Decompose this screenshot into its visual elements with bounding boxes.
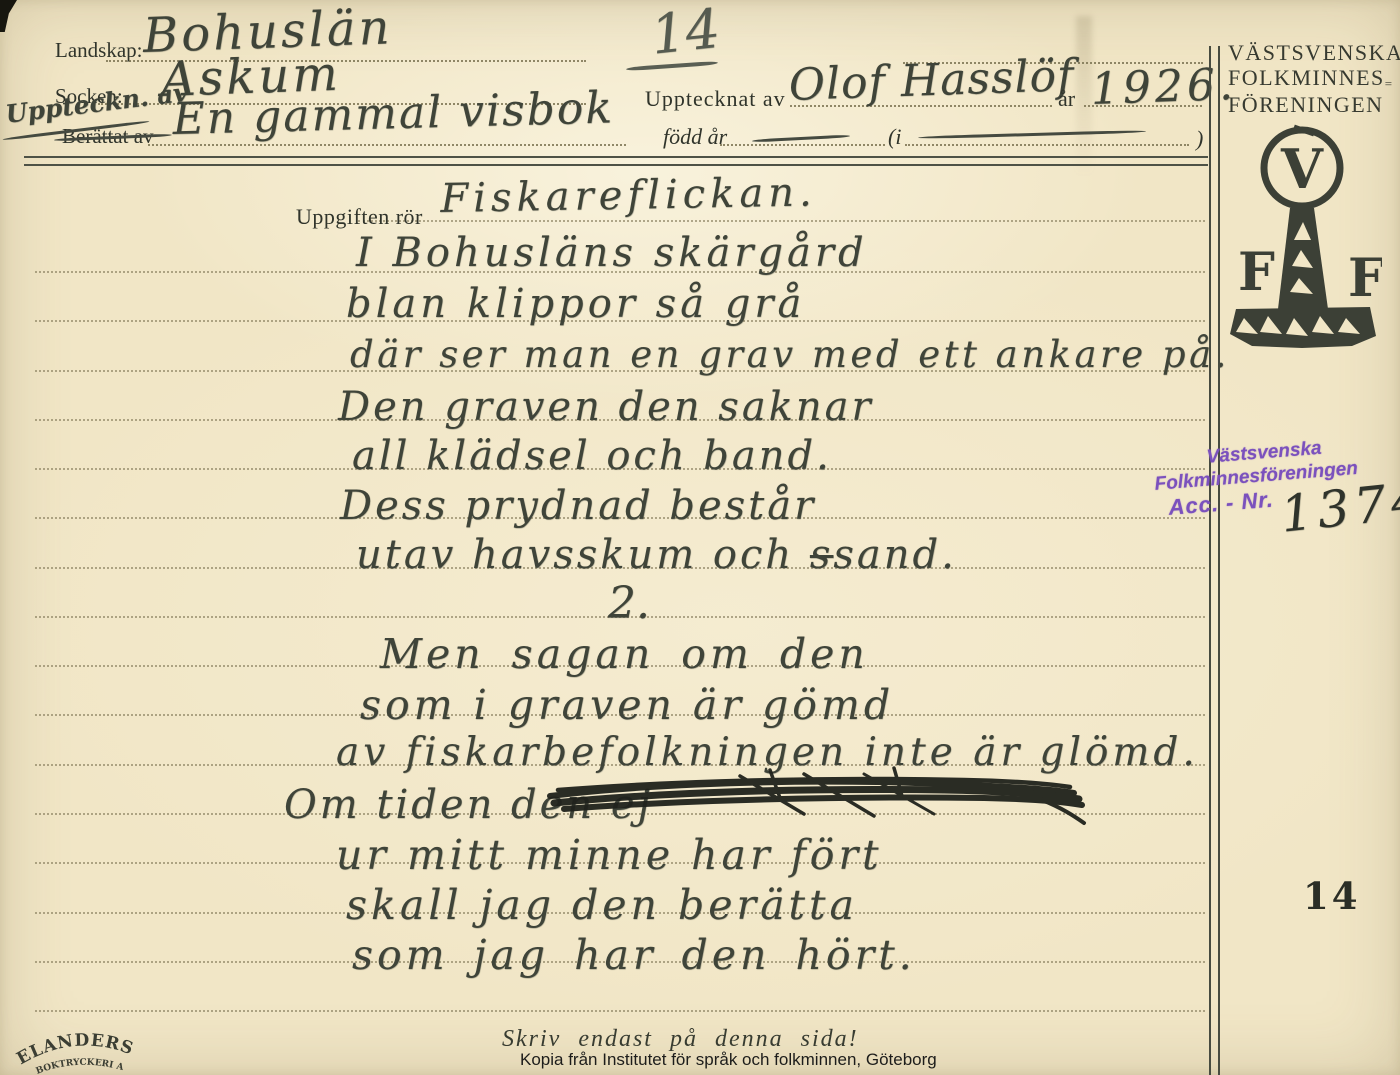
verse2-line1: Men sagan om den	[380, 630, 869, 678]
verse1-line4: Den graven den saknar	[338, 384, 874, 430]
paren-close-label: )	[1196, 126, 1203, 152]
verse1-line7: utav havsskum och ssand.	[356, 532, 957, 578]
margin-divider-double-rule	[1209, 46, 1220, 1075]
logo-letter-v: V	[1280, 137, 1324, 201]
paren-fill-line	[905, 144, 1189, 146]
verse2-line5: ur mitt minne har fört	[336, 831, 883, 879]
verse1-line7-struck-letter: s	[810, 532, 834, 578]
organization-name: VÄSTSVENSKA FOLKMINNES= FÖRENINGEN	[1228, 40, 1400, 117]
thors-hammer-logo: V F F	[1224, 122, 1382, 350]
archive-card-scan: Landskap: Bohuslän Socken: Askum Berätta…	[0, 0, 1400, 1075]
redaction-scribble	[542, 766, 1087, 826]
berattat-value-handwriting: En gammal visbok	[172, 82, 615, 145]
song-title-handwriting: Fiskareflickan.	[440, 169, 817, 222]
fodd-ar-label: född år	[663, 124, 727, 150]
logo-letter-f-right: F	[1348, 248, 1382, 309]
verse1-line2: blan klippor så grå	[346, 281, 805, 327]
organization-line1: VÄSTSVENSKA	[1228, 40, 1400, 65]
verse2-line6: skall jag den berätta	[346, 881, 858, 929]
verse1-line6: Dess prydnad består	[340, 483, 816, 529]
digitization-copy-note: Kopia från Institutet för språk och folk…	[520, 1050, 937, 1070]
logo-letter-f-left: F	[1238, 242, 1275, 303]
ruled-line	[35, 1010, 1205, 1012]
scan-corner-blob	[0, 0, 17, 32]
footer-instruction: Skriv endast på denna sida!	[502, 1026, 859, 1053]
verse2-number: 2.	[608, 578, 650, 629]
verse1-line3: där ser man en grav med ett ankare på.	[350, 333, 1230, 376]
ar-label: år	[1058, 86, 1075, 112]
verse1-line5: all klädsel och band.	[352, 433, 832, 479]
verse1-line7-post: sand.	[833, 532, 956, 578]
verse2-line2: som i graven är gömd	[360, 681, 894, 729]
double-hyphen-mark: =	[1385, 76, 1394, 91]
upptecknat-value-handwriting: Olof Hasslöf	[788, 50, 1075, 111]
paren-open-label: (i	[888, 124, 901, 150]
paper-crease	[1076, 16, 1092, 176]
fodd-ar-dash-handwriting	[752, 134, 850, 142]
fodd-ar-fill-line	[720, 144, 885, 146]
verse2-line7: som jag har den hört.	[352, 931, 916, 979]
berattat-fill-line	[148, 144, 626, 146]
printer-mark: ELANDERS BOKTRYCKERI AB	[13, 1023, 141, 1075]
verse1-line7-pre: utav havsskum och	[356, 532, 810, 578]
organization-line3: FÖRENINGEN	[1228, 92, 1400, 117]
card-number-handwriting: 14	[648, 0, 723, 67]
paren-dash-handwriting	[918, 130, 1146, 139]
verse1-line1: I Bohusläns skärgård	[356, 230, 868, 276]
organization-line2: FOLKMINNES=	[1228, 65, 1400, 92]
header-double-rule	[24, 156, 1208, 166]
uppgiften-ror-label: Uppgiften rör	[296, 204, 423, 230]
upptecknat-av-label: Upptecknat av	[645, 86, 786, 112]
page-number-printed: 14	[1303, 874, 1361, 918]
